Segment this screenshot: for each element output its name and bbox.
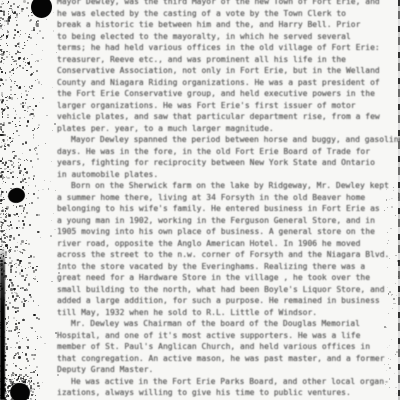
text-line: a summer home there, living at 34 Forsyt… [57,192,400,204]
text-line: that congregation. An active mason, he w… [57,353,400,365]
text-line: a young man in 1902, working in the Ferg… [57,215,400,227]
text-line: break a historic tie between him and the… [57,19,400,31]
text-line: Born on the Sherwick farm on the lake by… [57,180,400,192]
text-line: he was elected by the casting of a vote … [57,8,400,20]
text-line: Hospital, and one of it's most active su… [57,330,400,342]
text-line: treasurer, Reeve etc., and was prominent… [57,54,400,66]
text-line: across the street to the n.w. corner of … [57,249,400,261]
typewritten-text: Mayor Dewley, was the third Mayor of the… [57,0,400,399]
text-line: Mr. Dewley was Chairman of the board of … [57,318,400,330]
text-line: larger organizations. He was Fort Erie's… [57,100,400,112]
left-edge-scan-shadow [0,248,5,400]
text-line: great need for a Hardware Store in the v… [57,272,400,284]
text-line: to being elected to the mayoralty, in wh… [57,31,400,43]
text-line: He was active in the Fort Erie Parks Boa… [57,376,400,388]
text-line: member of St. Paul's Anglican Church, an… [57,341,400,353]
text-line: Deputy Grand Master. [57,364,400,376]
text-line: 1905 moving into his own place of busine… [57,226,400,238]
text-line: vehicle plates, and saw that particular … [57,111,400,123]
text-line: added a large addition, for such a purpo… [57,295,400,307]
text-line: the Fort Erie Conservative group, and he… [57,88,400,100]
text-line: Mayor Dewley spanned the period between … [57,134,400,146]
text-line: into the store vacated by the Everingham… [57,261,400,273]
ink-blot-bottom-left [7,380,32,400]
ink-blot-middle-left [7,186,27,204]
text-line: County and Niagara Riding organizations.… [57,77,400,89]
scanned-document-page: Mayor Dewley, was the third Mayor of the… [0,0,400,400]
text-line: Mayor Dewley, was the third Mayor of the… [57,0,400,8]
text-line: izations, always willing to give his tim… [57,387,400,399]
text-line: till May, 1932 when he sold to R.L. Litt… [57,307,400,319]
text-line: belonging to his wife's family. He enter… [57,203,400,215]
text-line: Conservative Association, not only in Fo… [57,65,400,77]
text-line: years, fighting for reciprocity between … [57,157,400,169]
text-line: plates per. year, to a much larger magni… [57,123,400,135]
text-line: river road, opposite the Anglo American … [57,238,400,250]
text-line: in automobile plates. [57,169,400,181]
text-line: terms; he had held various offices in th… [57,42,400,54]
text-line: small building to the north, what had be… [57,284,400,296]
text-line: days. He was in the fore, in the old For… [57,146,400,158]
ink-blot-top-left [31,0,52,18]
